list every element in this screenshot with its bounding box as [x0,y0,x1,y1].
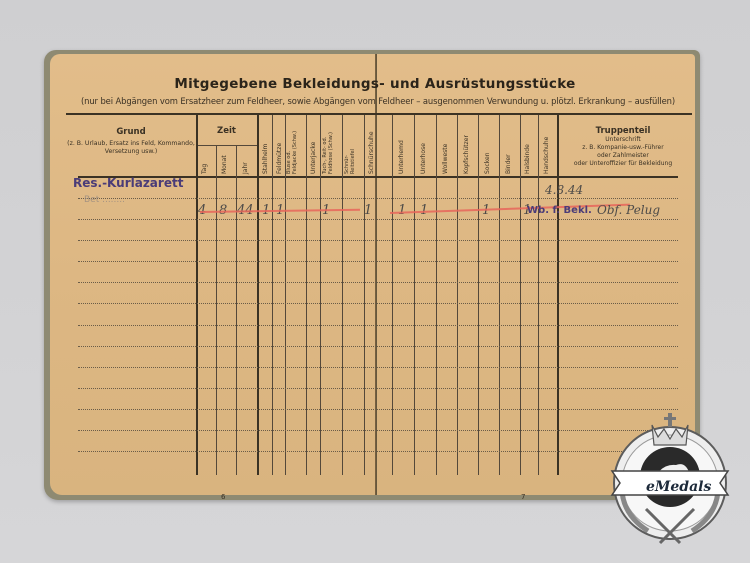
emedals-brand-text: eMedals [646,479,711,495]
form-row-line [78,219,678,220]
item-label: Stahlhelm [262,144,269,174]
truppenteil-sub-1: Unterschrift [558,136,688,144]
page-number-right: 7 [521,493,525,501]
header-top-rule [66,113,692,115]
item-label: Schnür- Reitstiefel [344,144,356,174]
grund-sublabel: (z. B. Urlaub, Ersatz ins Feld, Kommando… [66,140,196,156]
form-row-line [78,409,678,410]
col-line-9 [436,115,437,475]
grund-label: Grund [66,127,196,137]
col-line-1 [272,115,273,475]
item-label: Kopfschützer [463,135,470,174]
page-subtitle: (nur bei Abgängen vom Ersatzheer zum Fel… [66,96,690,106]
col-line-8 [414,115,415,475]
zeit-label: Zeit [196,126,257,136]
item-label: Halsbinde [524,144,531,174]
form-row-line [78,303,678,304]
zeit-divider [197,145,257,146]
grund-stamp-faded: Bet ........ [84,195,125,205]
form-row-line [78,367,678,368]
item-label: Unterhemd [398,140,405,174]
form-row-line [78,240,678,241]
page-title: Mitgegebene Bekleidungs- und Ausrüstungs… [60,76,690,92]
truppenteil-label: Truppenteil [558,126,688,136]
col-line-3 [306,115,307,475]
col-line-truppenteil [557,115,559,475]
truppenteil-header: Truppenteil Unterschrift z. B. Kompanie-… [558,126,688,168]
item-label: Handschuhe [543,137,550,174]
form-row-line [78,198,678,199]
form-row-line [78,430,678,431]
col-line-tag [216,145,217,475]
grund-stamp: Res.-Kurlazarett [73,176,183,190]
form-row-line [78,282,678,283]
item-label: Socken [484,152,491,174]
truppenteil-sub-3: oder Zahlmeister [558,152,688,160]
col-header-hose: Tuch-, Reit- od. Feldhose (Schw.) [321,120,342,174]
col-line-6 [364,115,365,475]
truppenteil-sub-2: z. B. Kompanie-usw.-Führer [558,144,688,152]
emedals-logo-icon [600,403,740,553]
jahr-label: Jahr [242,162,249,174]
truppenteil-signature: Obf. Pelug [597,203,660,217]
item-label: Tuch-, Reit- od. Feldhose (Schw.) [322,124,334,174]
item-label: Binder [505,154,512,174]
col-line-jahr [257,115,259,475]
form-row-line [78,325,678,326]
item-label: Unterhose [420,143,427,174]
item-label: Bluse od. Feldjacke (Schw.) [286,128,298,174]
monat-label: Monat [221,155,228,174]
booklet-spine [375,54,377,495]
truppenteil-sub-4: oder Unteroffizier für Bekleidung [558,160,688,168]
item-label: Schnürschuhe [368,131,375,174]
col-line-grund [196,115,198,475]
item-label: Feldmütze [276,143,283,174]
col-line-10 [457,115,458,475]
col-header-bluse: Bluse od. Feldjacke (Schw.) [286,120,306,174]
col-line-13 [520,115,521,475]
item-label: Unterjacke [310,142,317,174]
form-row-line [78,451,678,452]
form-row-line [78,261,678,262]
page-number-left: 6 [221,493,225,501]
col-line-11 [478,115,479,475]
form-row-line [78,388,678,389]
qty-stiefel: 1 [364,203,372,218]
form-row-line [78,346,678,347]
tag-label: Tag [201,164,208,174]
item-label: Wollweste [442,144,449,174]
col-line-12 [499,115,500,475]
truppenteil-stamp: Wb. f. Bekl. [527,205,592,216]
col-line-14 [538,115,539,475]
col-header-stiefel: Schnür- Reitstiefel [343,120,364,174]
col-line-monat [236,145,237,475]
truppenteil-date: 4.8.44 [545,183,583,197]
col-line-7 [392,115,393,475]
grund-header: Grund (z. B. Urlaub, Ersatz ins Feld, Ko… [66,127,196,156]
